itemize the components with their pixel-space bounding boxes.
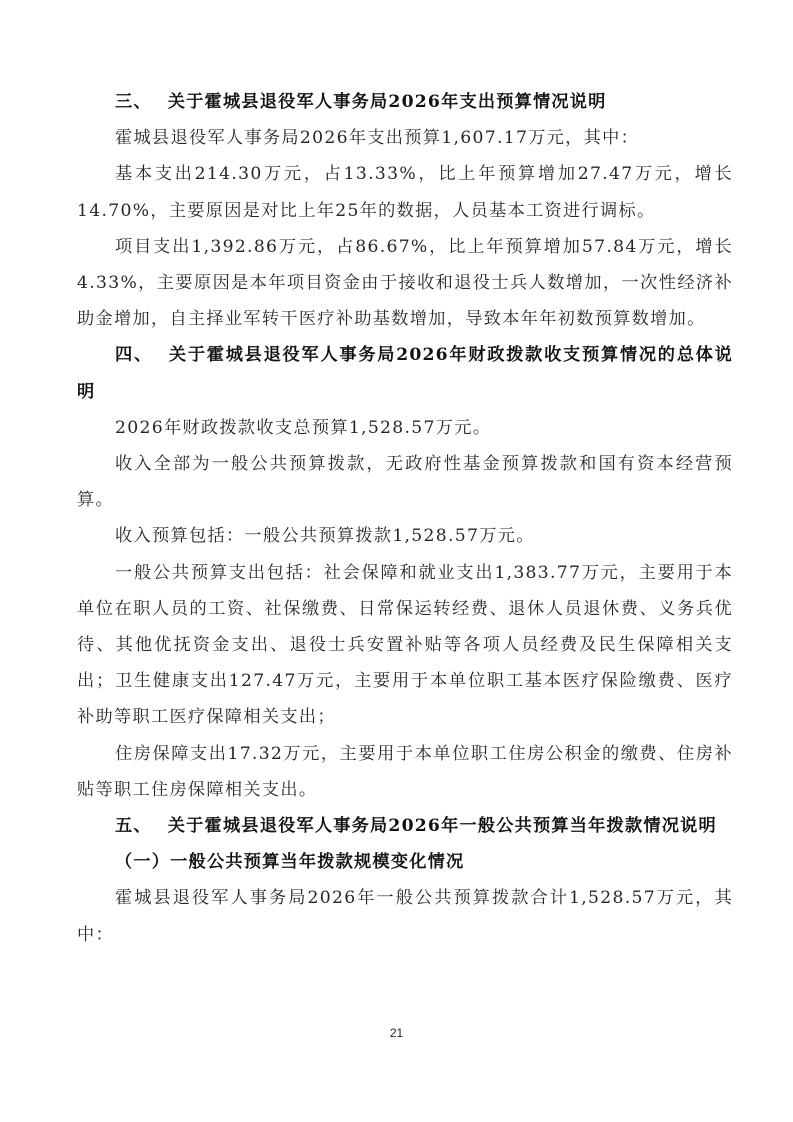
section-heading-4: 四、关于霍城县退役军人事务局2026年财政拨款收支预算情况的总体说明 [77, 337, 733, 409]
section-number: 五、 [115, 816, 152, 836]
paragraph-public-expenditure: 一般公共预算支出包括：社会保障和就业支出1,383.77万元，主要用于本单位在职… [77, 555, 733, 736]
section-title: 关于霍城县退役军人事务局2026年支出预算情况说明 [168, 92, 607, 112]
section-title: 关于霍城县退役军人事务局2026年一般公共预算当年拨款情况说明 [168, 816, 717, 836]
paragraph-fiscal-total: 2026年财政拨款收支总预算1,528.57万元。 [77, 410, 733, 446]
section-heading-5: 五、关于霍城县退役军人事务局2026年一般公共预算当年拨款情况说明 [77, 808, 733, 844]
section-heading-3: 三、关于霍城县退役军人事务局2026年支出预算情况说明 [77, 84, 733, 120]
paragraph-income-source: 收入全部为一般公共预算拨款，无政府性基金预算拨款和国有资本经营预算。 [77, 446, 733, 518]
paragraph-basic-expenditure: 基本支出214.30万元，占13.33%，比上年预算增加27.47万元，增长14… [77, 156, 733, 228]
document-page: 三、关于霍城县退役军人事务局2026年支出预算情况说明 霍城县退役军人事务局20… [0, 0, 793, 1122]
paragraph-income-budget: 收入预算包括：一般公共预算拨款1,528.57万元。 [77, 518, 733, 554]
subsection-heading-1: （一）一般公共预算当年拨款规模变化情况 [77, 844, 733, 880]
paragraph-total-expenditure: 霍城县退役军人事务局2026年支出预算1,607.17万元，其中： [77, 120, 733, 156]
section-title: 关于霍城县退役军人事务局2026年财政拨款收支预算情况的总体说明 [77, 345, 733, 401]
page-number: 21 [0, 1026, 793, 1040]
paragraph-project-expenditure: 项目支出1,392.86万元，占86.67%，比上年预算增加57.84万元，增长… [77, 229, 733, 338]
section-number: 四、 [115, 345, 153, 365]
document-body: 三、关于霍城县退役军人事务局2026年支出预算情况说明 霍城县退役军人事务局20… [77, 84, 733, 953]
paragraph-housing-expenditure: 住房保障支出17.32万元，主要用于本单位职工住房公积金的缴费、住房补贴等职工住… [77, 736, 733, 808]
paragraph-public-appropriation: 霍城县退役军人事务局2026年一般公共预算拨款合计1,528.57万元，其中： [77, 880, 733, 952]
section-number: 三、 [115, 92, 152, 112]
